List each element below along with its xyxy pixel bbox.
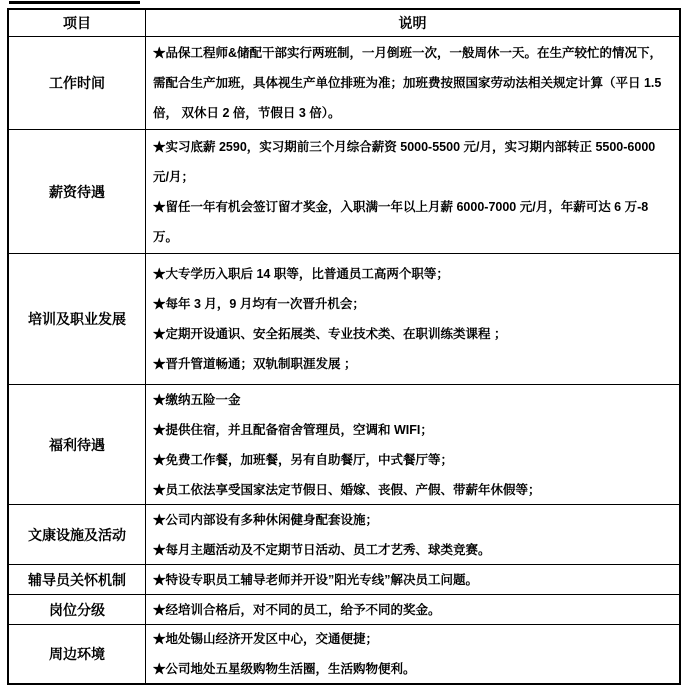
row-description-cell: ★大专学历入职后 14 职等，比普通员工高两个职等； ★每年 3 月，9 月均有… — [146, 254, 679, 384]
table-row-surroundings: 周边环境 ★地处锡山经济开发区中心，交通便捷； ★公司地处五星级购物生活圈，生活… — [9, 624, 679, 683]
row-item-label: 周边环境 — [9, 625, 146, 683]
detail-line: ★大专学历入职后 14 职等，比普通员工高两个职等； — [153, 259, 672, 289]
detail-line: ★留任一年有机会签订留才奖金，入职满一年以上月薪 6000-7000 元/月，年… — [153, 192, 672, 252]
detail-line: ★公司地处五星级购物生活圈，生活购物便利。 — [153, 654, 672, 684]
table-row-recreation: 文康设施及活动 ★公司内部设有多种休闲健身配套设施； ★每月主题活动及不定期节日… — [9, 504, 679, 564]
row-item-label: 工作时间 — [9, 37, 146, 129]
row-description-cell: ★地处锡山经济开发区中心，交通便捷； ★公司地处五星级购物生活圈，生活购物便利。 — [146, 625, 679, 683]
row-description-cell: ★实习底薪 2590，实习期前三个月综合薪资 5000-5500 元/月，实习期… — [146, 130, 679, 253]
detail-line: ★免费工作餐，加班餐，另有自助餐厅，中式餐厅等； — [153, 445, 672, 475]
row-description-cell: ★公司内部设有多种休闲健身配套设施； ★每月主题活动及不定期节日活动、员工才艺秀… — [146, 505, 679, 564]
table-row-position-grading: 岗位分级 ★经培训合格后，对不同的员工，给予不同的奖金。 — [9, 594, 679, 624]
table-row-work-hours: 工作时间 ★品保工程师&储配干部实行两班制，一月倒班一次，一般周休一天。在生产较… — [9, 36, 679, 129]
col-header-item: 项目 — [9, 10, 146, 36]
row-item-label: 福利待遇 — [9, 385, 146, 504]
detail-line: ★特设专职员工辅导老师并开设”阳光专线”解决员工问题。 — [153, 565, 672, 595]
table-row-salary: 薪资待遇 ★实习底薪 2590，实习期前三个月综合薪资 5000-5500 元/… — [9, 129, 679, 253]
row-item-label: 薪资待遇 — [9, 130, 146, 253]
detail-line: ★经培训合格后，对不同的员工，给予不同的奖金。 — [153, 595, 672, 625]
document-page: 项目 说明 工作时间 ★品保工程师&储配干部实行两班制，一月倒班一次，一般周休一… — [0, 0, 687, 697]
table-header-row: 项目 说明 — [9, 10, 679, 36]
table-row-counselor-care: 辅导员关怀机制 ★特设专职员工辅导老师并开设”阳光专线”解决员工问题。 — [9, 564, 679, 594]
detail-line: ★地处锡山经济开发区中心，交通便捷； — [153, 624, 672, 654]
job-info-table: 项目 说明 工作时间 ★品保工程师&储配干部实行两班制，一月倒班一次，一般周休一… — [7, 8, 681, 685]
row-item-label: 辅导员关怀机制 — [9, 565, 146, 594]
row-description-cell: ★特设专职员工辅导老师并开设”阳光专线”解决员工问题。 — [146, 565, 679, 594]
detail-line: ★公司内部设有多种休闲健身配套设施； — [153, 505, 672, 535]
row-item-label: 培训及职业发展 — [9, 254, 146, 384]
detail-line: ★缴纳五险一金 — [153, 385, 672, 415]
detail-line: ★员工依法享受国家法定节假日、婚嫁、丧假、产假、带薪年休假等； — [153, 475, 672, 505]
table-row-training-career: 培训及职业发展 ★大专学历入职后 14 职等，比普通员工高两个职等； ★每年 3… — [9, 253, 679, 384]
detail-line: ★提供住宿，并且配备宿舍管理员，空调和 WIFI； — [153, 415, 672, 445]
detail-line: ★品保工程师&储配干部实行两班制，一月倒班一次，一般周休一天。在生产较忙的情况下… — [153, 38, 672, 128]
detail-line: ★每月主题活动及不定期节日活动、员工才艺秀、球类竞赛。 — [153, 535, 672, 565]
row-item-label: 岗位分级 — [9, 595, 146, 624]
detail-line: ★晋升管道畅通；双轨制职涯发展 ； — [153, 349, 672, 379]
row-description-cell: ★缴纳五险一金 ★提供住宿，并且配备宿舍管理员，空调和 WIFI； ★免费工作餐… — [146, 385, 679, 504]
row-item-label: 文康设施及活动 — [9, 505, 146, 564]
detail-line: ★每年 3 月，9 月均有一次晋升机会； — [153, 289, 672, 319]
detail-line: ★定期开设通识、安全拓展类、专业技术类、在职训练类课程 ； — [153, 319, 672, 349]
table-row-benefits: 福利待遇 ★缴纳五险一金 ★提供住宿，并且配备宿舍管理员，空调和 WIFI； ★… — [9, 384, 679, 504]
cropped-title-underline — [9, 1, 140, 4]
detail-line: ★实习底薪 2590，实习期前三个月综合薪资 5000-5500 元/月，实习期… — [153, 132, 672, 192]
col-header-description: 说明 — [146, 10, 679, 36]
row-description-cell: ★经培训合格后，对不同的员工，给予不同的奖金。 — [146, 595, 679, 624]
row-description-cell: ★品保工程师&储配干部实行两班制，一月倒班一次，一般周休一天。在生产较忙的情况下… — [146, 37, 679, 129]
